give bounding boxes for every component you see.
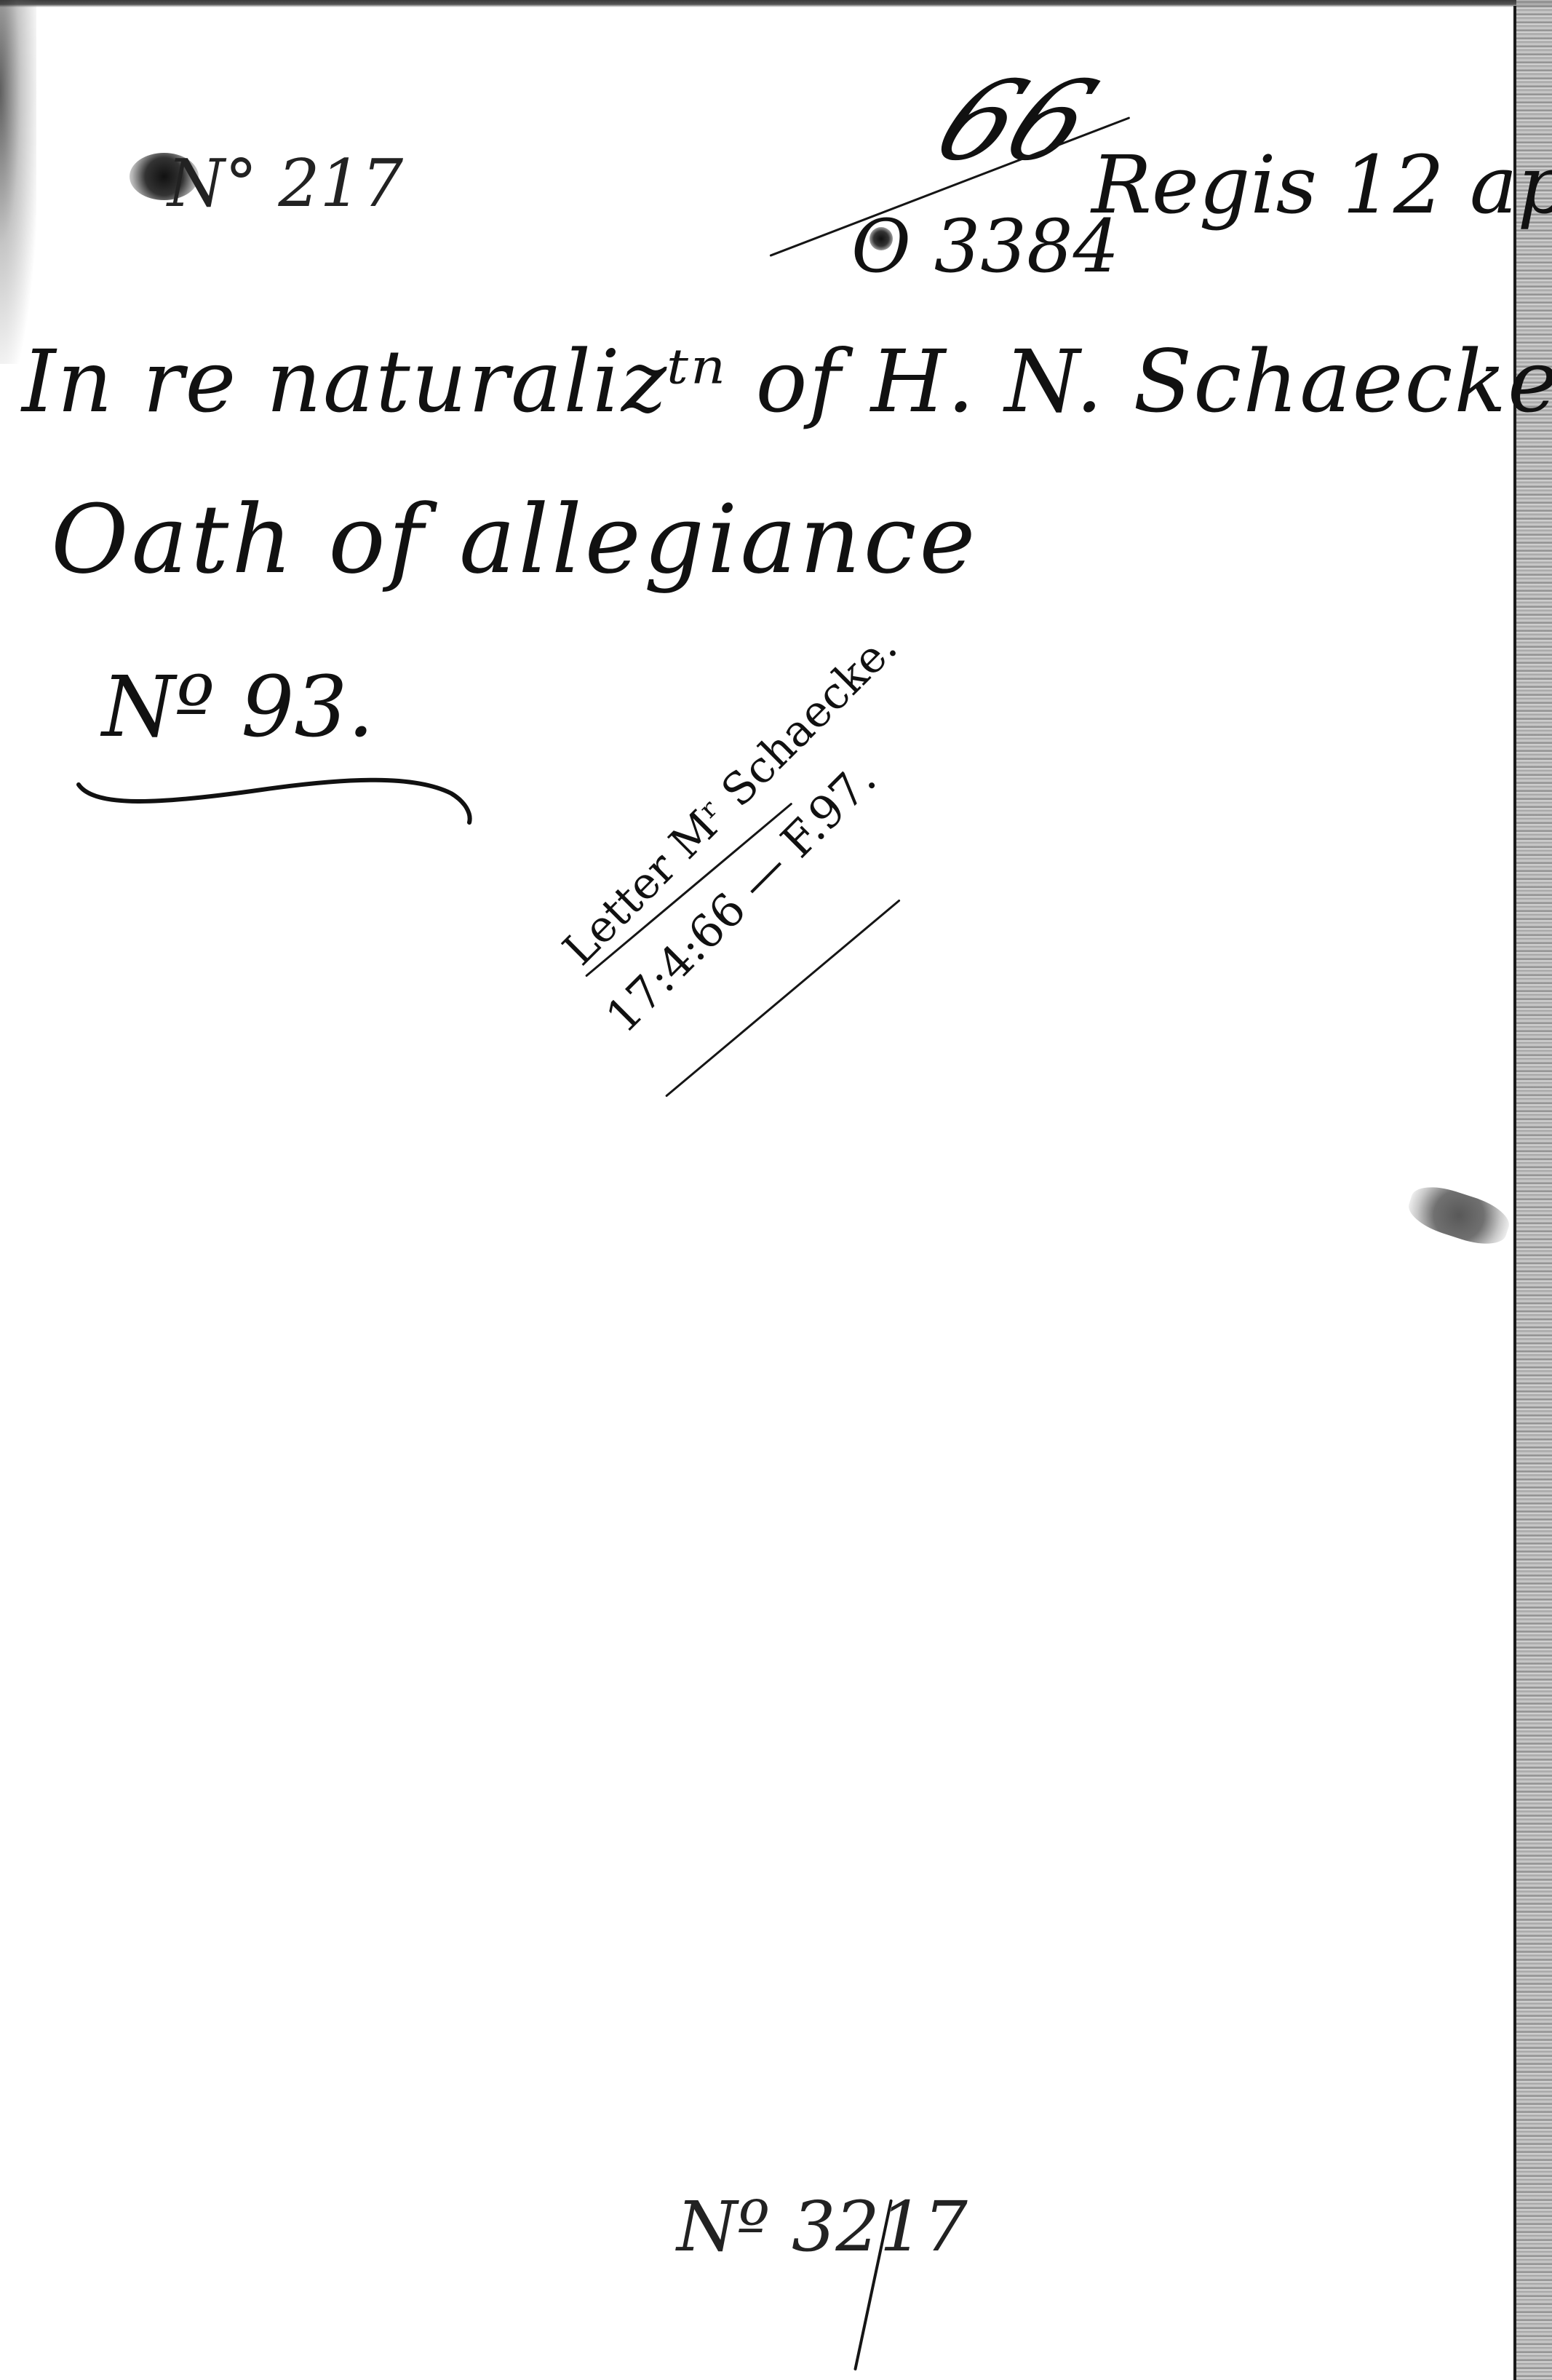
top-left-number-mark: N° 217 [167,146,403,222]
docket-number: Nº 93. [102,659,374,756]
scan-left-shadow [0,0,36,364]
bottom-number-mark: Nº 3217 [677,2187,968,2267]
ink-smudge-right [1404,1179,1514,1252]
margin-note: Letter Mʳ Schaecke. 17:4:66 — F.97. [553,728,931,1034]
registry-entry: Regis 12 apr [1091,138,1552,231]
heading-line-2: Oath of allegiance [51,484,978,595]
underline-flourish [73,764,480,844]
folio-number: 66 [917,58,1115,185]
reference-number: O 3384 [851,204,1119,289]
scanned-document-page: N° 217 66 O 3384 Regis 12 apr In re natu… [0,0,1552,2380]
heading-line-1: In re naturalizᵗⁿ of H. N. Schaecke [22,331,1552,432]
scan-top-edge [0,0,1552,7]
